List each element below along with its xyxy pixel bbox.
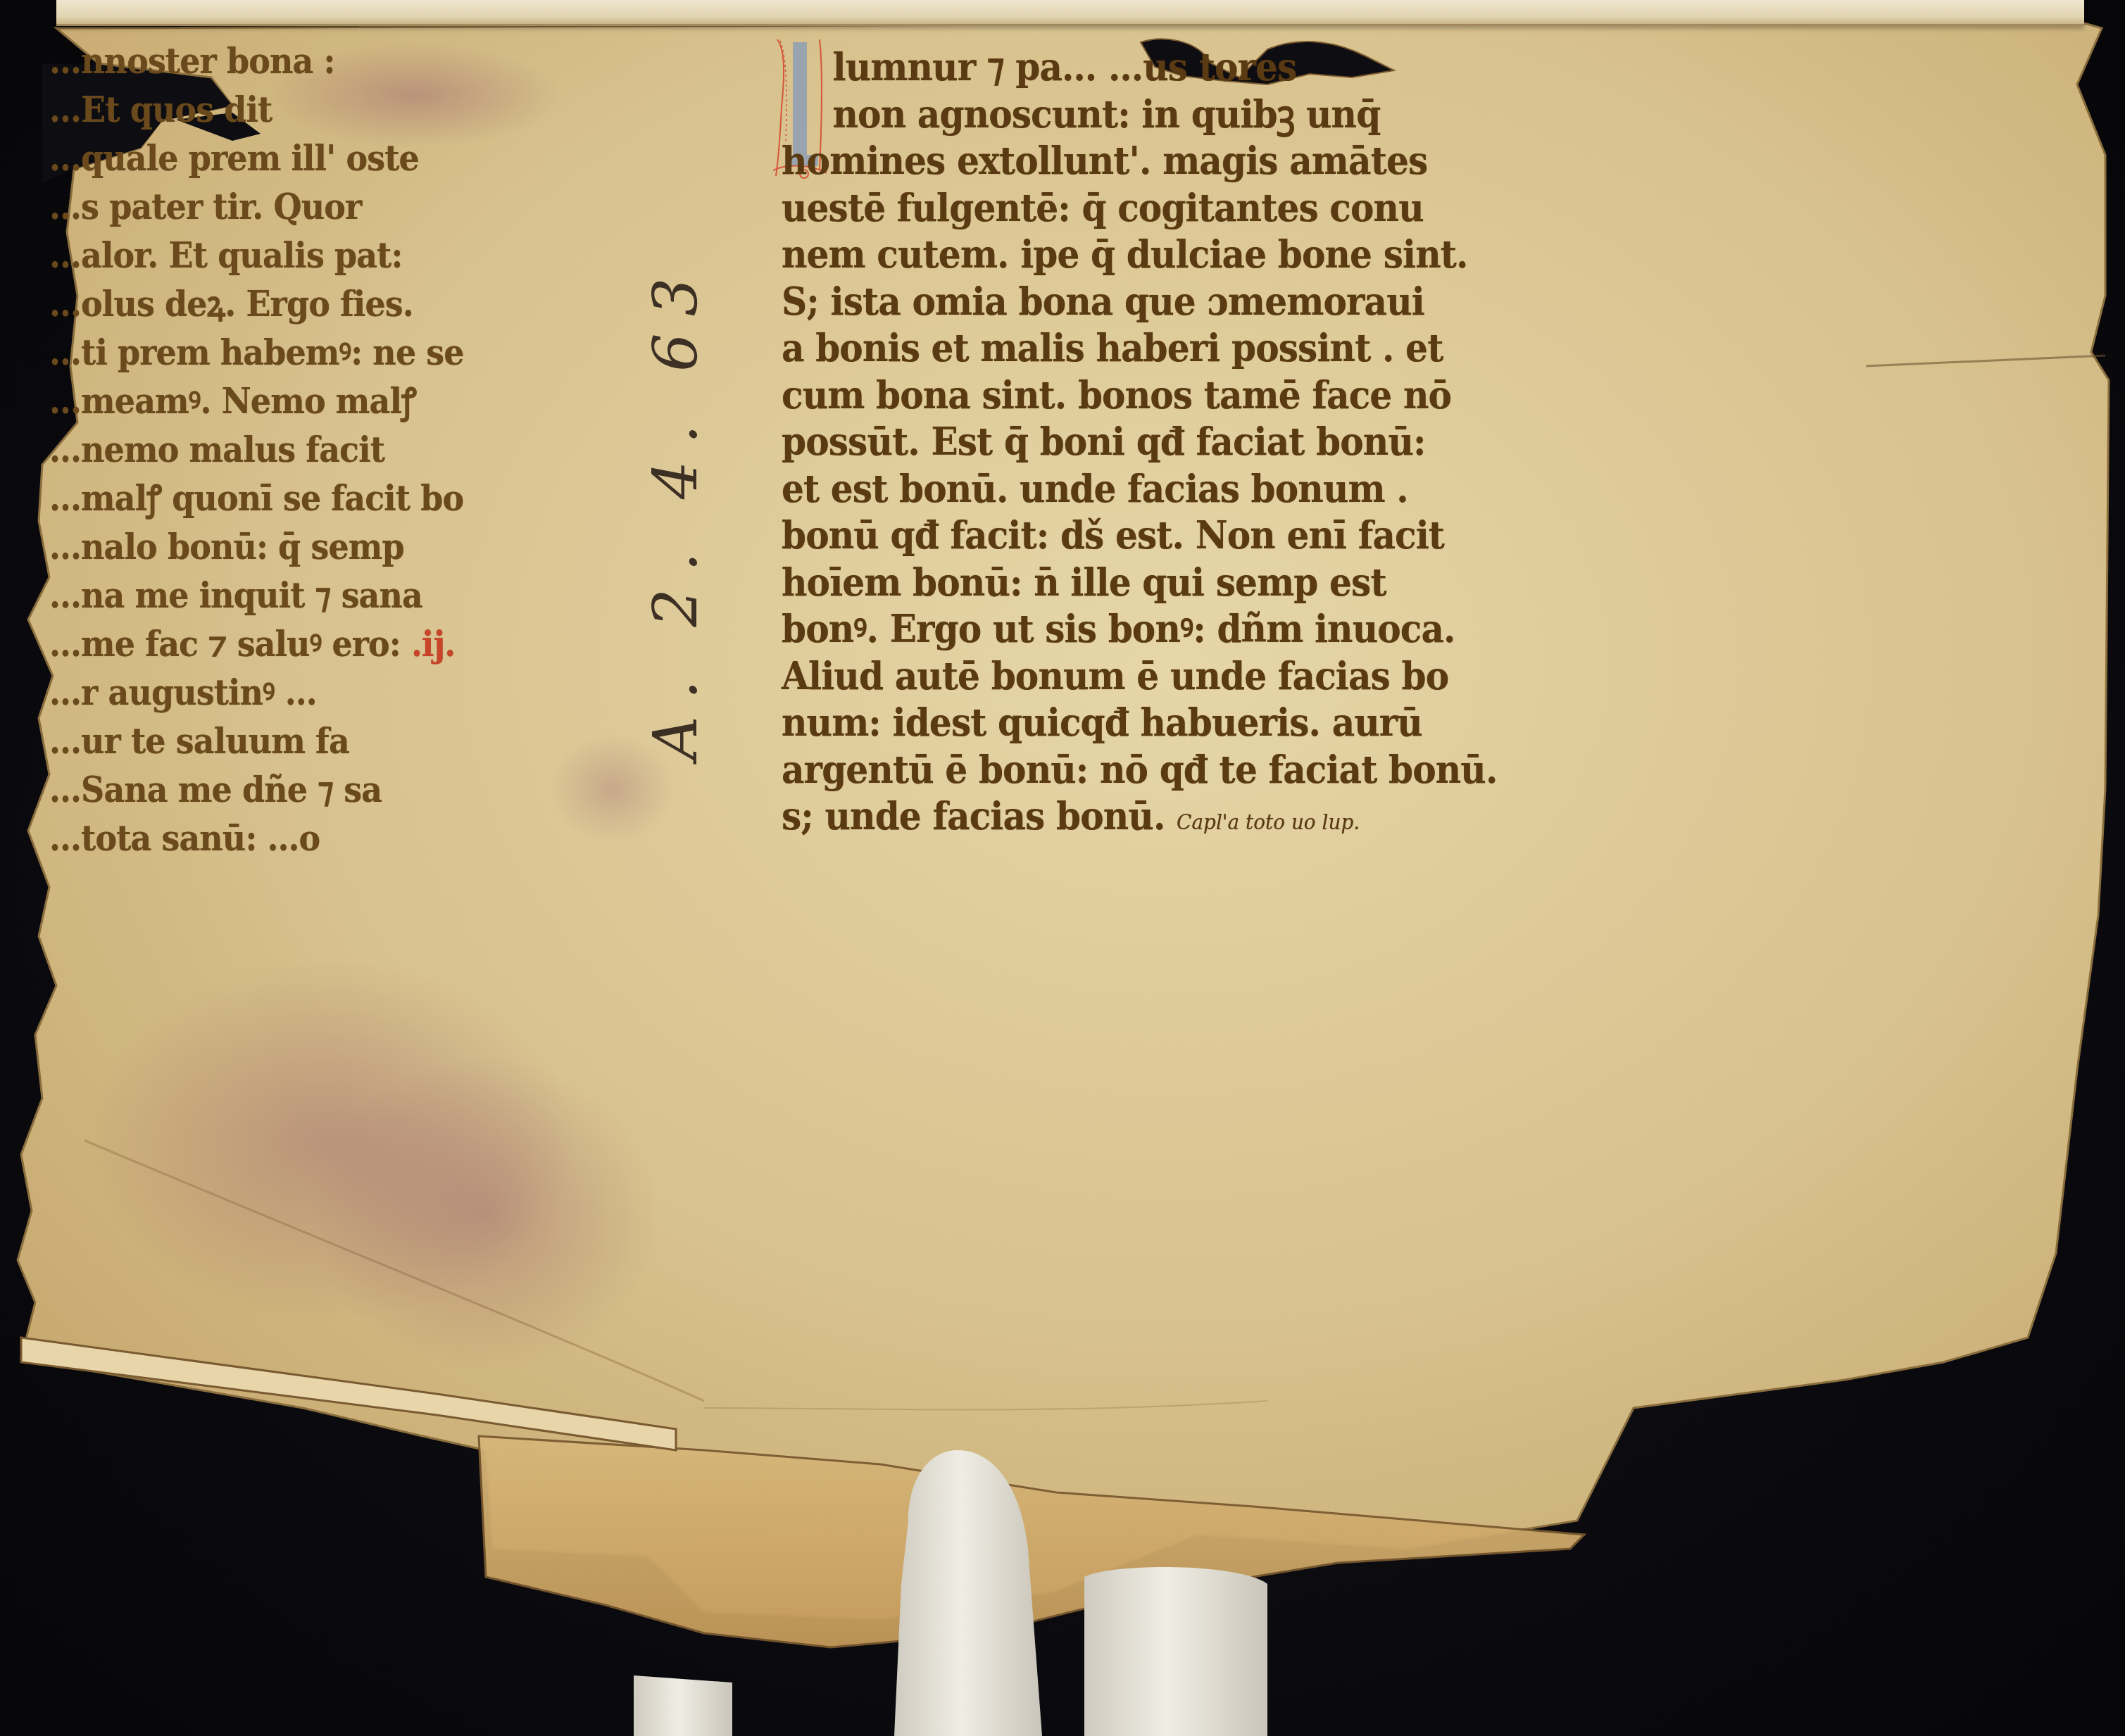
text-line: bonū qđ facit: dš est. Non enī facit [782,512,1607,559]
text-line: …ti prem habemꝰ: ne se [49,328,515,377]
text-line: …r augustinꝰ … [49,668,515,717]
text-line: bonꝰ. Ergo ut sis bonꝰ: dñm inuoca. [782,605,1607,653]
text-line: …meamꝰ. Nemo malꝭ [49,377,515,425]
text-line: et est bonū. unde facias bonum . [782,465,1607,512]
text-line: …ur te saluum fa [49,717,515,765]
shelfmark-text: A. 2. 4. 63 [641,261,711,760]
text-line: cum bona sint. bonos tamē face nō [782,372,1607,419]
text-line: …na me inquit ⁊ sana [49,571,515,619]
text-line: …Sana me dñe ⁊ sa [49,765,515,814]
text-line: …nemo malus facit [49,425,515,474]
text-line: …nnoster bona : [49,37,515,85]
shelfmark-annotation: A. 2. 4. 63 [620,282,732,739]
text-line: …olus deꝝ. Ergo fies. [49,279,515,328]
right-text-column: lumnur ⁊ pa… …us tores non agnoscunt: in… [782,44,1607,840]
text-line: Aliud autē bonum ē unde facias bo [782,653,1607,700]
text-line: a bonis et malis haberi possint . et [782,325,1607,372]
text-line: …quale prem ill' oste [49,134,515,182]
text-line: …me fac ⁊ saluꝰ ero: .ij. [49,619,515,668]
text-line-content: …me fac ⁊ saluꝰ ero: [49,623,401,665]
text-line: …alor. Et qualis pat: [49,231,515,279]
text-line: num: idest quicqđ habueris. aurū [782,699,1607,746]
text-line: …Et quos dit [49,85,515,134]
text-line: S; ista omia bona que ɔmemoraui [782,278,1607,325]
text-line: …tota sanū: …o [49,814,515,862]
text-line: homines extollunt'. magis amātes [782,137,1607,184]
text-line: s; unde facias bonū. Capl'a toto uo lup. [782,793,1607,840]
rubric-mark: .ij. [411,623,455,665]
text-line-content: s; unde facias bonū. [782,793,1165,838]
text-line: …s pater tir. Quor [49,182,515,231]
text-line: uestē fulgentē: q̄ cogitantes conu [782,184,1607,232]
text-line: lumnur ⁊ pa… …us tores [782,44,1607,91]
text-line: hoīem bonū: n̄ ille qui semp est [782,559,1607,606]
chapter-note: Capl'a toto uo lup. [1177,810,1360,835]
binding-strip [56,0,2084,26]
text-line: …malꝭ quonī se facit bo [49,474,515,522]
left-text-column: …nnoster bona : …Et quos dit …quale prem… [49,37,515,862]
text-line: possūt. Est q̄ boni qđ faciat bonū: [782,418,1607,465]
text-line: nem cutem. ipe q̄ dulciae bone sint. [782,231,1607,278]
text-line: …nalo bonū: q̄ semp [49,522,515,571]
text-line: non agnoscunt: in quibꝫ unq̄ [782,91,1607,138]
text-line: argentū ē bonū: nō qđ te faciat bonū. [782,746,1607,793]
